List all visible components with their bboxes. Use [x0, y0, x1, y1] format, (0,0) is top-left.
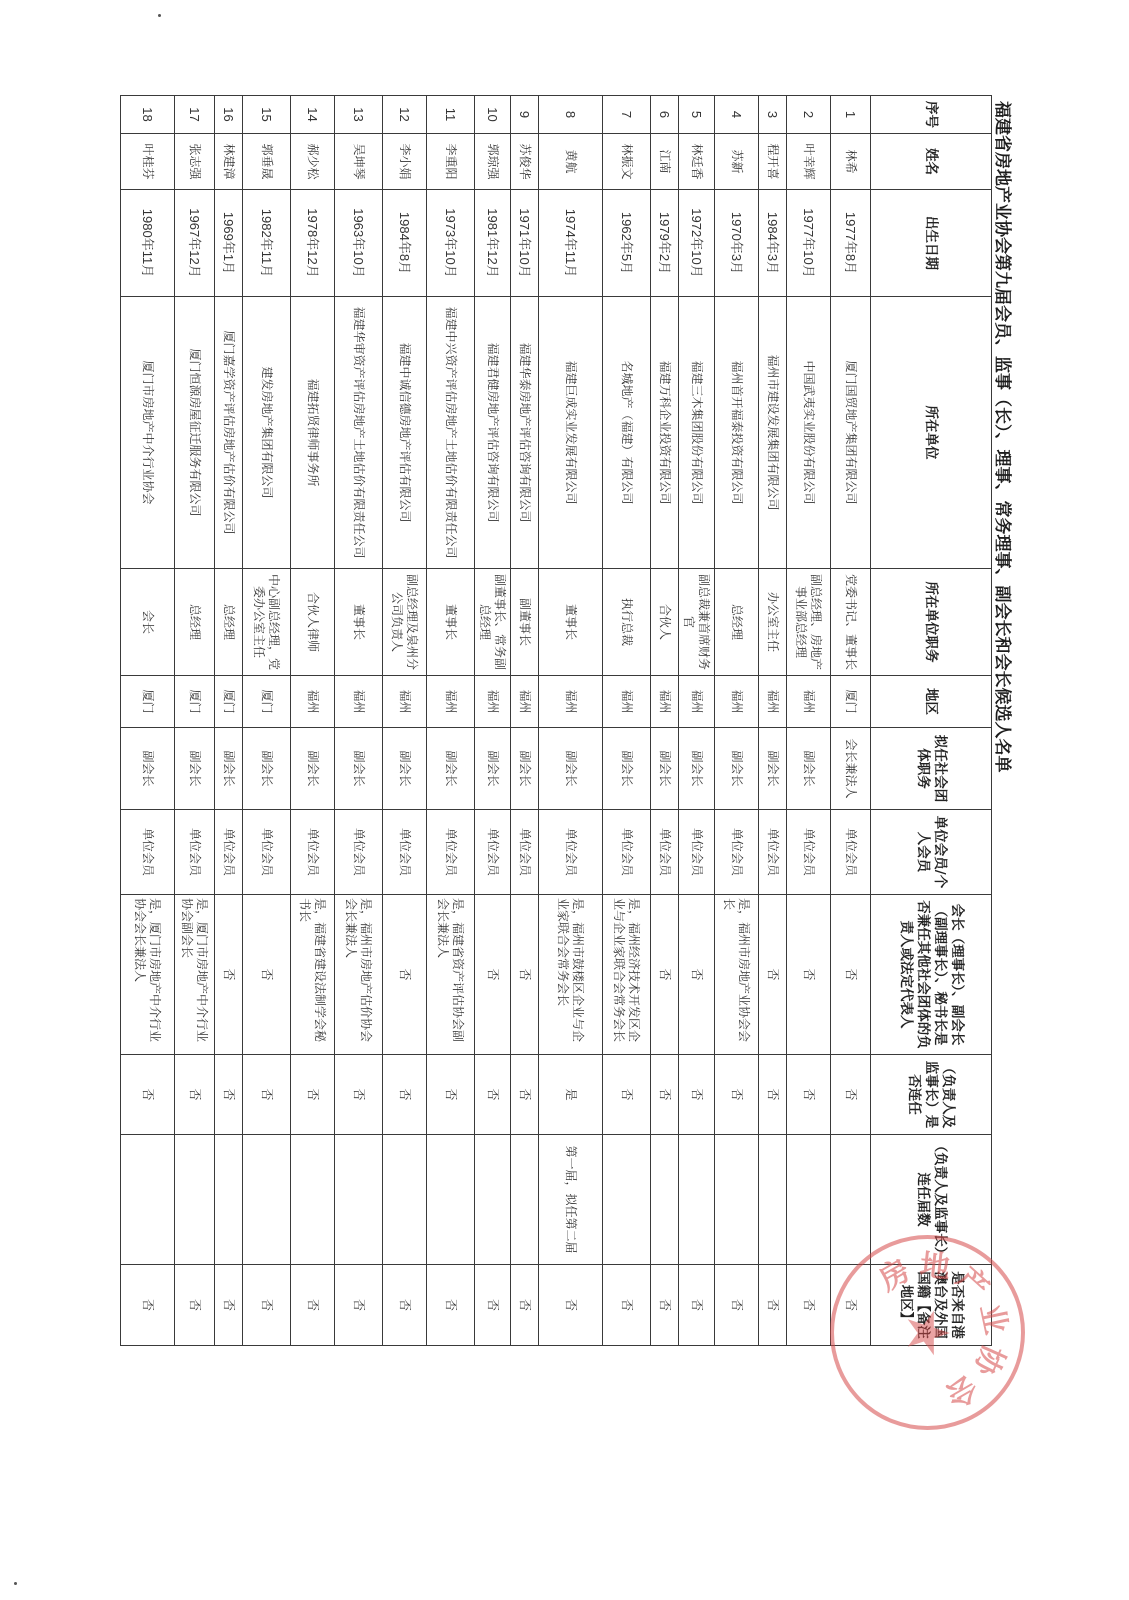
concurrent-role-cell: 是，福州经济技术开发区企业与企业家联合会常务会长 [603, 895, 651, 1055]
overseas-cell: 否 [651, 1265, 679, 1346]
reelected-cell: 否 [787, 1055, 831, 1135]
table-row: 13吴坤琴1963年10月福建华审资产评估房地产土地估价有限责任公司董事长福州副… [335, 96, 383, 1346]
position-cell: 副董事长、常务副总经理 [475, 569, 511, 676]
terms-cell [291, 1135, 335, 1265]
scan-speck [158, 14, 161, 17]
position-cell: 合伙人 [651, 569, 679, 676]
table-row: 10郭琼强1981年12月福建君健房地产评估咨询有限公司副董事长、常务副总经理福… [475, 96, 511, 1346]
role-cell: 副会长 [759, 728, 787, 810]
birth-date-cell: 1963年10月 [335, 190, 383, 297]
birth-date-cell: 1978年12月 [291, 190, 335, 297]
concurrent-role-cell: 否 [679, 895, 715, 1055]
unit-cell: 福建三木集团股份有限公司 [679, 297, 715, 569]
region-cell: 厦门 [215, 676, 243, 728]
name-cell: 李小娟 [383, 134, 427, 190]
unit-cell: 福建巨成实业发展有限公司 [539, 297, 603, 569]
terms-cell [759, 1135, 787, 1265]
member-type-cell: 单位会员 [383, 810, 427, 895]
birth-date-cell: 1984年3月 [759, 190, 787, 297]
position-cell: 副总裁兼首席财务官 [679, 569, 715, 676]
row-number: 1 [831, 96, 871, 134]
overseas-cell: 否 [175, 1265, 215, 1346]
member-type-cell: 单位会员 [243, 810, 291, 895]
birth-date-cell: 1971年10月 [511, 190, 539, 297]
name-cell: 叶桂芬 [121, 134, 175, 190]
overseas-cell: 否 [291, 1265, 335, 1346]
role-cell: 副会长 [175, 728, 215, 810]
birth-date-cell: 1962年5月 [603, 190, 651, 297]
table-row: 3程开喜1984年3月福州市建设发展集团有限公司办公室主任福州副会长单位会员否否… [759, 96, 787, 1346]
overseas-cell: 否 [427, 1265, 475, 1346]
terms-cell [383, 1135, 427, 1265]
overseas-cell: 否 [335, 1265, 383, 1346]
position-cell: 总经理 [215, 569, 243, 676]
birth-date-cell: 1982年11月 [243, 190, 291, 297]
terms-cell [511, 1135, 539, 1265]
unit-cell: 厦门市房地产中介行业协会 [121, 297, 175, 569]
column-header: 会长（理事长）、副会长（副理事长）、秘书长是否兼任其他社会团体的负责人或法定代表… [871, 895, 992, 1055]
role-cell: 副会长 [243, 728, 291, 810]
column-header: 出生日期 [871, 190, 992, 297]
role-cell: 副会长 [511, 728, 539, 810]
role-cell: 副会长 [335, 728, 383, 810]
column-header: 序号 [871, 96, 992, 134]
birth-date-cell: 1970年3月 [715, 190, 759, 297]
member-type-cell: 单位会员 [831, 810, 871, 895]
position-cell: 中心副总经理，党委办公室主任 [243, 569, 291, 676]
region-cell: 福州 [759, 676, 787, 728]
column-header: 拟任社会团体职务 [871, 728, 992, 810]
concurrent-role-cell: 否 [475, 895, 511, 1055]
region-cell: 福州 [511, 676, 539, 728]
concurrent-role-cell: 否 [383, 895, 427, 1055]
region-cell: 福州 [603, 676, 651, 728]
reelected-cell: 是 [539, 1055, 603, 1135]
header-row: 序号姓名出生日期所在单位所在单位职务地区拟任社会团体职务单位会员/个人会员会长（… [871, 96, 992, 1346]
row-number: 10 [475, 96, 511, 134]
role-cell: 副会长 [539, 728, 603, 810]
name-cell: 李重阳 [427, 134, 475, 190]
reelected-cell: 否 [291, 1055, 335, 1135]
reelected-cell: 否 [175, 1055, 215, 1135]
overseas-cell: 否 [215, 1265, 243, 1346]
table-row: 5林廷香1972年10月福建三木集团股份有限公司副总裁兼首席财务官福州副会长单位… [679, 96, 715, 1346]
table-row: 12李小娟1984年8月福建中诚信德房地产评估有限公司副总经理及泉州分公司负责人… [383, 96, 427, 1346]
table-row: 15郭垂晟1982年11月建发房地产集团有限公司中心副总经理，党委办公室主任厦门… [243, 96, 291, 1346]
overseas-cell: 否 [603, 1265, 651, 1346]
region-cell: 福州 [335, 676, 383, 728]
row-number: 17 [175, 96, 215, 134]
region-cell: 厦门 [121, 676, 175, 728]
column-header: （负责人及监事长）是否连任 [871, 1055, 992, 1135]
terms-cell [831, 1135, 871, 1265]
role-cell: 副会长 [475, 728, 511, 810]
birth-date-cell: 1977年10月 [787, 190, 831, 297]
candidate-table: 序号姓名出生日期所在单位所在单位职务地区拟任社会团体职务单位会员/个人会员会长（… [120, 95, 992, 1346]
terms-cell [121, 1135, 175, 1265]
birth-date-cell: 1984年8月 [383, 190, 427, 297]
member-type-cell: 单位会员 [427, 810, 475, 895]
unit-cell: 厦门恒源房屋征迁服务有限公司 [175, 297, 215, 569]
row-number: 11 [427, 96, 475, 134]
birth-date-cell: 1981年12月 [475, 190, 511, 297]
table-row: 14郝少松1978年12月福建拓贤律师事务所合伙人律师福州副会长单位会员是，福建… [291, 96, 335, 1346]
table-row: 8黄航1974年11月福建巨成实业发展有限公司董事长福州副会长单位会员是，福州市… [539, 96, 603, 1346]
reelected-cell: 否 [715, 1055, 759, 1135]
position-cell: 合伙人律师 [291, 569, 335, 676]
row-number: 3 [759, 96, 787, 134]
column-header: 地区 [871, 676, 992, 728]
region-cell: 福州 [291, 676, 335, 728]
position-cell: 总经理 [175, 569, 215, 676]
reelected-cell: 否 [243, 1055, 291, 1135]
reelected-cell: 否 [679, 1055, 715, 1135]
overseas-cell: 否 [511, 1265, 539, 1346]
reelected-cell: 否 [831, 1055, 871, 1135]
position-cell: 党委书记、董事长 [831, 569, 871, 676]
position-cell: 董事长 [335, 569, 383, 676]
role-cell: 副会长 [603, 728, 651, 810]
name-cell: 林希 [831, 134, 871, 190]
member-type-cell: 单位会员 [603, 810, 651, 895]
overseas-cell: 否 [679, 1265, 715, 1346]
reelected-cell: 否 [511, 1055, 539, 1135]
terms-cell: 第一届，拟任第二届 [539, 1135, 603, 1265]
row-number: 13 [335, 96, 383, 134]
scan-speck [14, 1582, 17, 1585]
region-cell: 福州 [679, 676, 715, 728]
name-cell: 郝少松 [291, 134, 335, 190]
member-type-cell: 单位会员 [679, 810, 715, 895]
terms-cell [787, 1135, 831, 1265]
position-cell: 副总经理及泉州分公司负责人 [383, 569, 427, 676]
concurrent-role-cell: 是，福建省建设法制学会秘书长 [291, 895, 335, 1055]
role-cell: 副会长 [427, 728, 475, 810]
member-type-cell: 单位会员 [121, 810, 175, 895]
document-title: 福建省房地产业协会第九届会员、监事（长）、理事、常务理事、副会长和会长候选人名单 [992, 95, 1050, 1350]
unit-cell: 中国武夷实业股份有限公司 [787, 297, 831, 569]
member-type-cell: 单位会员 [539, 810, 603, 895]
row-number: 15 [243, 96, 291, 134]
name-cell: 程开喜 [759, 134, 787, 190]
position-cell: 副董事长 [511, 569, 539, 676]
overseas-cell: 否 [539, 1265, 603, 1346]
birth-date-cell: 1967年12月 [175, 190, 215, 297]
table-row: 6江南1979年2月福建万科企业投资有限公司合伙人福州副会长单位会员否否否 [651, 96, 679, 1346]
position-cell: 办公室主任 [759, 569, 787, 676]
name-cell: 叶幸辉 [787, 134, 831, 190]
table-row: 11李重阳1973年10月福建中兴资产评估房地产土地估价有限责任公司董事长福州副… [427, 96, 475, 1346]
member-type-cell: 单位会员 [215, 810, 243, 895]
reelected-cell: 否 [427, 1055, 475, 1135]
column-header: 所在单位 [871, 297, 992, 569]
name-cell: 林振文 [603, 134, 651, 190]
overseas-cell: 否 [787, 1265, 831, 1346]
reelected-cell: 否 [603, 1055, 651, 1135]
table-row: 2叶幸辉1977年10月中国武夷实业股份有限公司副总经理、房地产事业部总经理福州… [787, 96, 831, 1346]
column-header: 姓名 [871, 134, 992, 190]
region-cell: 福州 [539, 676, 603, 728]
row-number: 4 [715, 96, 759, 134]
name-cell: 江南 [651, 134, 679, 190]
role-cell: 副会长 [787, 728, 831, 810]
rotated-page-content: 福建省房地产业协会第九届会员、监事（长）、理事、常务理事、副会长和会长候选人名单… [120, 95, 1050, 1350]
table-row: 16林建漳1969年1月厦门嘉学资产评估房地产估价有限公司总经理厦门副会长单位会… [215, 96, 243, 1346]
unit-cell: 福建君健房地产评估咨询有限公司 [475, 297, 511, 569]
unit-cell: 福建中诚信德房地产评估有限公司 [383, 297, 427, 569]
name-cell: 吴坤琴 [335, 134, 383, 190]
region-cell: 厦门 [831, 676, 871, 728]
overseas-cell: 否 [759, 1265, 787, 1346]
concurrent-role-cell: 否 [511, 895, 539, 1055]
unit-cell: 福建拓贤律师事务所 [291, 297, 335, 569]
concurrent-role-cell: 否 [787, 895, 831, 1055]
overseas-cell: 否 [243, 1265, 291, 1346]
table-row: 4苏新1970年3月福州首开福泰投资有限公司总经理福州副会长单位会员是，福州市房… [715, 96, 759, 1346]
name-cell: 苏新 [715, 134, 759, 190]
row-number: 16 [215, 96, 243, 134]
concurrent-role-cell: 是，厦门市房地产中介行业协会副会长 [175, 895, 215, 1055]
terms-cell [651, 1135, 679, 1265]
role-cell: 副会长 [715, 728, 759, 810]
birth-date-cell: 1974年11月 [539, 190, 603, 297]
table-row: 17张志强1967年12月厦门恒源房屋征迁服务有限公司总经理厦门副会长单位会员是… [175, 96, 215, 1346]
unit-cell: 福建中兴资产评估房地产土地估价有限责任公司 [427, 297, 475, 569]
column-header: （负责人及监事长）连任届数 [871, 1135, 992, 1265]
overseas-cell: 否 [831, 1265, 871, 1346]
region-cell: 福州 [715, 676, 759, 728]
row-number: 12 [383, 96, 427, 134]
terms-cell [427, 1135, 475, 1265]
unit-cell: 名城地产（福建）有限公司 [603, 297, 651, 569]
member-type-cell: 单位会员 [759, 810, 787, 895]
reelected-cell: 否 [335, 1055, 383, 1135]
table-row: 18叶桂芬1980年11月厦门市房地产中介行业协会会长厦门副会长单位会员是，厦门… [121, 96, 175, 1346]
role-cell: 副会长 [215, 728, 243, 810]
concurrent-role-cell: 否 [243, 895, 291, 1055]
member-type-cell: 单位会员 [651, 810, 679, 895]
unit-cell: 福州首开福泰投资有限公司 [715, 297, 759, 569]
unit-cell: 福州市建设发展集团有限公司 [759, 297, 787, 569]
name-cell: 苏俊华 [511, 134, 539, 190]
unit-cell: 福建华审资产评估房地产土地估价有限责任公司 [335, 297, 383, 569]
birth-date-cell: 1979年2月 [651, 190, 679, 297]
reelected-cell: 否 [121, 1055, 175, 1135]
birth-date-cell: 1973年10月 [427, 190, 475, 297]
region-cell: 福州 [383, 676, 427, 728]
name-cell: 黄航 [539, 134, 603, 190]
name-cell: 林建漳 [215, 134, 243, 190]
member-type-cell: 单位会员 [475, 810, 511, 895]
table-body: 1林希1977年8月厦门国贸地产集团有限公司党委书记、董事长厦门会长兼法人单位会… [121, 96, 871, 1346]
name-cell: 郭琼强 [475, 134, 511, 190]
column-header: 是否来自港澳台及外国国籍【备注地区】 [871, 1265, 992, 1346]
reelected-cell: 否 [475, 1055, 511, 1135]
birth-date-cell: 1969年1月 [215, 190, 243, 297]
column-header: 所在单位职务 [871, 569, 992, 676]
position-cell: 董事长 [539, 569, 603, 676]
member-type-cell: 单位会员 [335, 810, 383, 895]
role-cell: 会长兼法人 [831, 728, 871, 810]
reelected-cell: 否 [215, 1055, 243, 1135]
row-number: 9 [511, 96, 539, 134]
unit-cell: 福建华泰房地产评估咨询有限公司 [511, 297, 539, 569]
birth-date-cell: 1972年10月 [679, 190, 715, 297]
table-row: 1林希1977年8月厦门国贸地产集团有限公司党委书记、董事长厦门会长兼法人单位会… [831, 96, 871, 1346]
unit-cell: 厦门国贸地产集团有限公司 [831, 297, 871, 569]
member-type-cell: 单位会员 [175, 810, 215, 895]
row-number: 5 [679, 96, 715, 134]
role-cell: 副会长 [383, 728, 427, 810]
role-cell: 副会长 [679, 728, 715, 810]
unit-cell: 建发房地产集团有限公司 [243, 297, 291, 569]
overseas-cell: 否 [475, 1265, 511, 1346]
reelected-cell: 否 [651, 1055, 679, 1135]
concurrent-role-cell: 否 [831, 895, 871, 1055]
name-cell: 张志强 [175, 134, 215, 190]
unit-cell: 福建万科企业投资有限公司 [651, 297, 679, 569]
terms-cell [243, 1135, 291, 1265]
reelected-cell: 否 [759, 1055, 787, 1135]
concurrent-role-cell: 是，厦门市房地产中介行业协会会长兼法人 [121, 895, 175, 1055]
member-type-cell: 单位会员 [511, 810, 539, 895]
reelected-cell: 否 [383, 1055, 427, 1135]
concurrent-role-cell: 否 [215, 895, 243, 1055]
birth-date-cell: 1980年11月 [121, 190, 175, 297]
terms-cell [335, 1135, 383, 1265]
terms-cell [475, 1135, 511, 1265]
column-header: 单位会员/个人会员 [871, 810, 992, 895]
row-number: 7 [603, 96, 651, 134]
region-cell: 福州 [427, 676, 475, 728]
terms-cell [603, 1135, 651, 1265]
concurrent-role-cell: 是，福州市房地产业协会会长 [715, 895, 759, 1055]
birth-date-cell: 1977年8月 [831, 190, 871, 297]
region-cell: 厦门 [243, 676, 291, 728]
unit-cell: 厦门嘉学资产评估房地产估价有限公司 [215, 297, 243, 569]
row-number: 8 [539, 96, 603, 134]
concurrent-role-cell: 是，福州市房地产估价协会会长兼法人 [335, 895, 383, 1055]
position-cell: 副总经理、房地产事业部总经理 [787, 569, 831, 676]
concurrent-role-cell: 是，福建省资产评估协会副会长兼法人 [427, 895, 475, 1055]
row-number: 18 [121, 96, 175, 134]
terms-cell [679, 1135, 715, 1265]
role-cell: 副会长 [291, 728, 335, 810]
row-number: 6 [651, 96, 679, 134]
region-cell: 福州 [787, 676, 831, 728]
role-cell: 副会长 [121, 728, 175, 810]
member-type-cell: 单位会员 [715, 810, 759, 895]
role-cell: 副会长 [651, 728, 679, 810]
table-row: 7林振文1962年5月名城地产（福建）有限公司执行总裁福州副会长单位会员是，福州… [603, 96, 651, 1346]
position-cell: 执行总裁 [603, 569, 651, 676]
overseas-cell: 否 [121, 1265, 175, 1346]
terms-cell [175, 1135, 215, 1265]
member-type-cell: 单位会员 [291, 810, 335, 895]
table-row: 9苏俊华1971年10月福建华泰房地产评估咨询有限公司副董事长福州副会长单位会员… [511, 96, 539, 1346]
region-cell: 福州 [475, 676, 511, 728]
region-cell: 福州 [651, 676, 679, 728]
terms-cell [215, 1135, 243, 1265]
name-cell: 郭垂晟 [243, 134, 291, 190]
overseas-cell: 否 [715, 1265, 759, 1346]
region-cell: 厦门 [175, 676, 215, 728]
terms-cell [715, 1135, 759, 1265]
row-number: 2 [787, 96, 831, 134]
member-type-cell: 单位会员 [787, 810, 831, 895]
position-cell: 总经理 [715, 569, 759, 676]
concurrent-role-cell: 否 [759, 895, 787, 1055]
overseas-cell: 否 [383, 1265, 427, 1346]
row-number: 14 [291, 96, 335, 134]
concurrent-role-cell: 否 [651, 895, 679, 1055]
concurrent-role-cell: 是，福州市鼓楼区企业与企业家联合会常务会长 [539, 895, 603, 1055]
position-cell: 会长 [121, 569, 175, 676]
position-cell: 董事长 [427, 569, 475, 676]
name-cell: 林廷香 [679, 134, 715, 190]
